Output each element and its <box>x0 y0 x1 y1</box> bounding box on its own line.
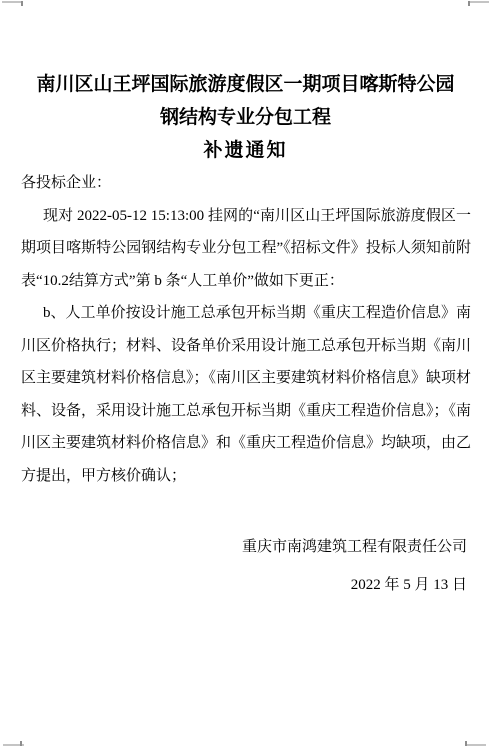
document-title-line-2: 钢结构专业分包工程 <box>18 101 473 134</box>
document-subtitle: 补遗通知 <box>0 134 491 167</box>
document-page: 南川区山王坪国际旅游度假区一期项目喀斯特公园 钢结构专业分包工程 补遗通知 各投… <box>0 0 491 748</box>
document-title-line-1: 南川区山王坪国际旅游度假区一期项目喀斯特公园 <box>18 68 473 101</box>
salutation: 各投标企业： <box>21 167 471 200</box>
document-title: 南川区山王坪国际旅游度假区一期项目喀斯特公园 钢结构专业分包工程 <box>0 68 491 134</box>
signature-date: 2022 年 5 月 13 日 <box>0 566 467 604</box>
signature-company: 重庆市南鸿建筑工程有限责任公司 <box>0 528 467 566</box>
document-body: 各投标企业： 现对 2022-05-12 15:13:00 挂网的“南川区山王坪… <box>0 167 491 492</box>
signature-block: 重庆市南鸿建筑工程有限责任公司 2022 年 5 月 13 日 <box>0 528 491 604</box>
paragraph-correction-intro: 现对 2022-05-12 15:13:00 挂网的“南川区山王坪国际旅游度假区… <box>21 200 471 298</box>
paragraph-correction-clause-b: b、人工单价按设计施工总承包开标当期《重庆工程造价信息》南川区价格执行；材料、设… <box>21 297 471 492</box>
